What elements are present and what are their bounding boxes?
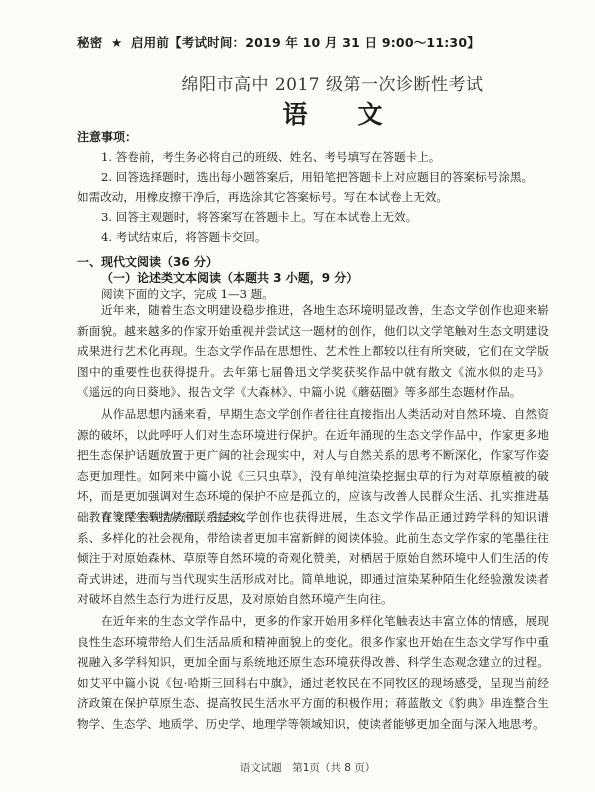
exam-time: 【考试时间：2019 年 10 月 31 日 9:00～11:30】 (169, 35, 480, 50)
status-label: 启用前 (131, 35, 169, 50)
note-item: 3. 回答主观题时，将答案写在答题卡上。写在本试卷上无效。 (77, 209, 547, 225)
confidential-label: 秘密 (77, 35, 102, 50)
note-item: 1. 答卷前，考生务必将自己的班级、姓名、考号填写在答题卡上。 (77, 149, 547, 165)
title-char-2: 文 (358, 95, 383, 131)
section-heading: 一、现代文阅读（36 分） (77, 253, 218, 270)
subsection-heading: （一）论述类文本阅读（本题共 3 小题，9 分） (101, 269, 358, 286)
notes-heading: 注意事项： (77, 128, 137, 145)
note-item: 4. 考试结束后，将答题卡交回。 (77, 229, 547, 245)
star-icon: ★ (111, 35, 122, 50)
passage-paragraph-4: 在近年来的生态文学作品中，更多的作家开始用多样化笔触表达丰富立体的情感，展现良性… (77, 611, 549, 735)
page-footer: 语文试题 第1页（共 8 页） (0, 760, 595, 775)
note-item: 2. 回答选择题时，选出每小题答案后，用铅笔把答题卡上对应题目的答案标号涂黑。 (77, 169, 547, 185)
exam-subtitle: 绵阳市高中 2017 级第一次诊断性考试 (0, 70, 595, 95)
note-item-continued: 如需改动，用橡皮擦干净后，再选涂其它答案标号。写在本试卷上无效。 (77, 189, 547, 205)
passage-paragraph-1: 近年来，随着生态文明建设稳步推进，各地生态环境明显改善，生态文学创作也迎来崭新面… (77, 300, 549, 403)
exam-title: 语文 (0, 95, 595, 131)
confidential-header: 秘密 ★ 启用前【考试时间：2019 年 10 月 31 日 9:00～11:3… (77, 33, 480, 51)
passage-paragraph-3: 在文学表现力方面，生态文学创作也获得进展，生态文学作品正通过跨学科的知识谱系、多… (77, 507, 549, 610)
title-char-1: 语 (282, 95, 307, 131)
